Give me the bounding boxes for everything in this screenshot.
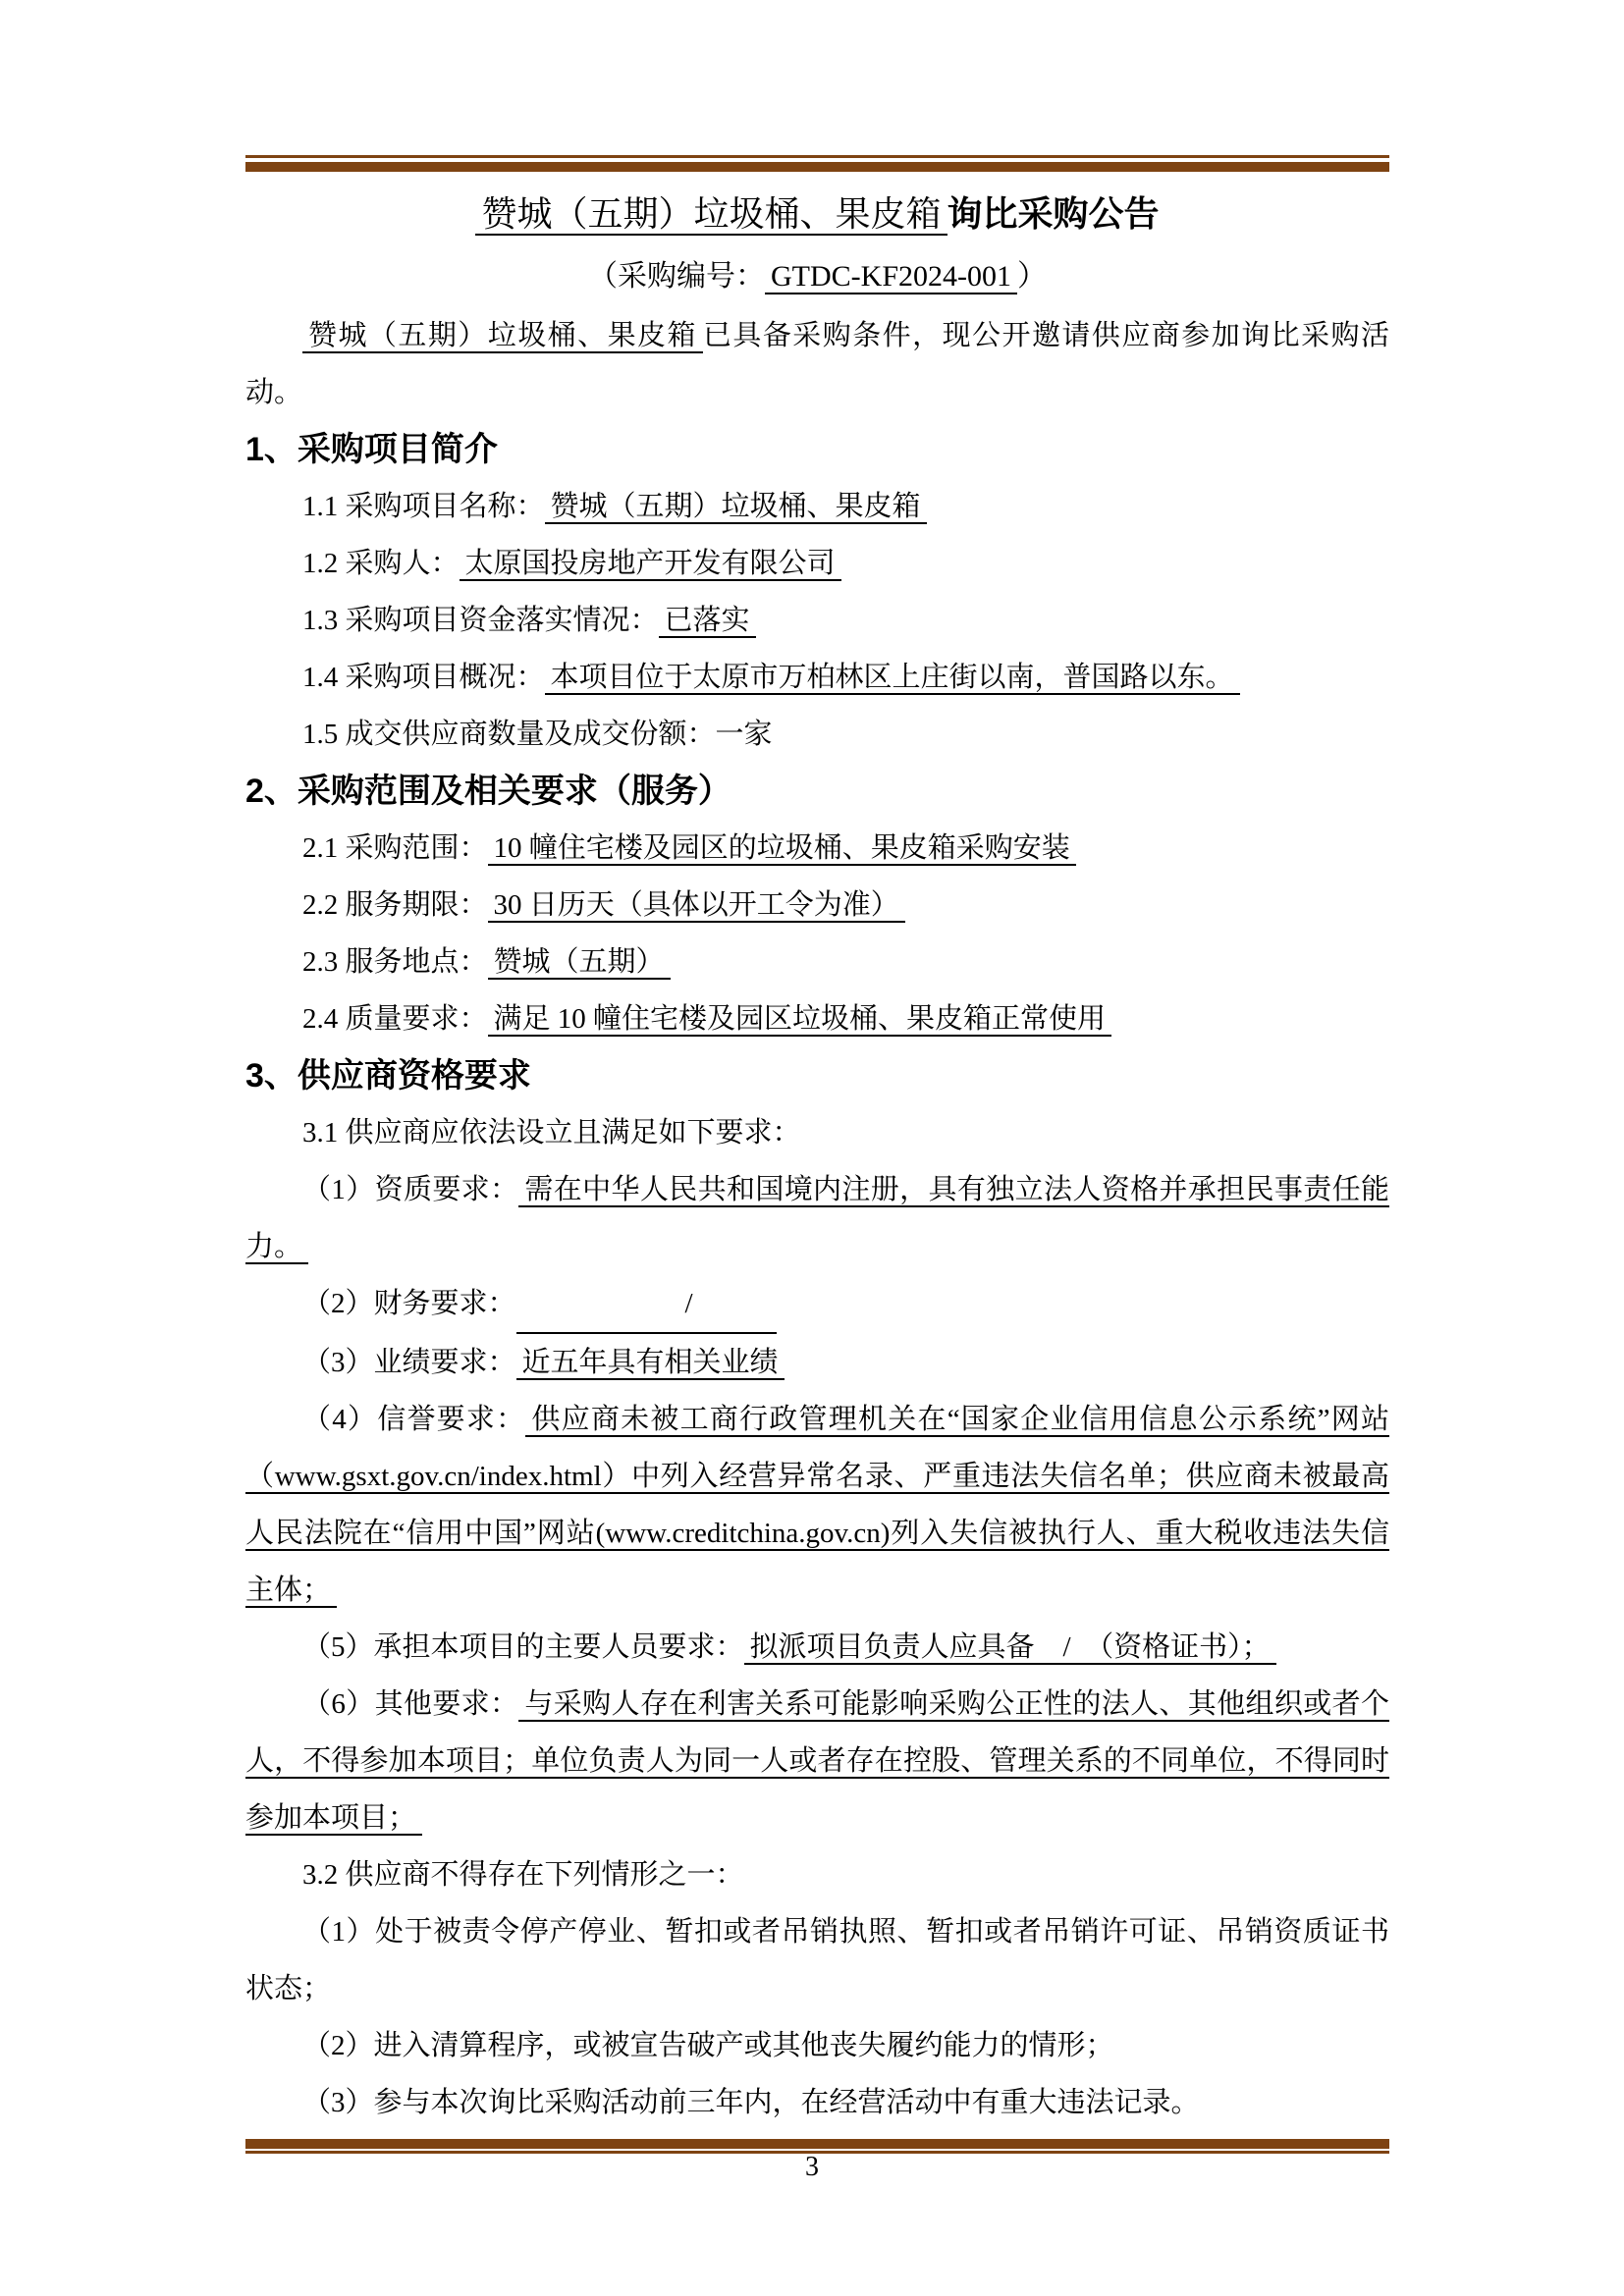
item-value-underlined: 赞城（五期）垃圾桶、果皮箱 xyxy=(545,491,927,524)
item-value-underlined: 拟派项目负责人应具备 / （资格证书）； xyxy=(744,1631,1276,1665)
item-1-4: 1.4 采购项目概况：本项目位于太原市万柏林区上庄街以南，普国路以东。 xyxy=(245,649,1389,706)
document-body: 赞城（五期）垃圾桶、果皮箱询比采购公告 （采购编号：GTDC-KF2024-00… xyxy=(245,182,1389,2131)
item-label: （5）承担本项目的主要人员要求： xyxy=(302,1631,744,1663)
page-container: 赞城（五期）垃圾桶、果皮箱询比采购公告 （采购编号：GTDC-KF2024-00… xyxy=(0,0,1624,2296)
procurement-number-code: GTDC-KF2024-001 xyxy=(765,260,1017,294)
item-3-1-4: （4）信誉要求：供应商未被工商行政管理机关在“国家企业信用信息公示系统”网站（w… xyxy=(245,1391,1389,1619)
item-label: （6）其他要求： xyxy=(302,1688,518,1720)
item-2-3: 2.3 服务地点：赞城（五期） xyxy=(245,934,1389,990)
intro-project-name: 赞城（五期）垃圾桶、果皮箱 xyxy=(302,320,703,353)
item-label: 2.3 服务地点： xyxy=(302,946,488,978)
header-rule-thin xyxy=(245,155,1389,158)
item-label: 1.4 采购项目概况： xyxy=(302,662,545,693)
section-3-heading: 3、供应商资格要求 xyxy=(245,1047,1389,1104)
title-suffix: 询比采购公告 xyxy=(947,193,1160,234)
item-value-underlined: 赞城（五期） xyxy=(488,946,671,980)
item-label: （1）资质要求： xyxy=(302,1174,518,1205)
page-number: 3 xyxy=(0,2152,1624,2183)
item-2-1: 2.1 采购范围：10 幢住宅楼及园区的垃圾桶、果皮箱采购安装 xyxy=(245,820,1389,877)
item-label: 1.1 采购项目名称： xyxy=(302,491,545,522)
item-label: 2.1 采购范围： xyxy=(302,832,488,864)
item-3-1-5: （5）承担本项目的主要人员要求：拟派项目负责人应具备 / （资格证书）； xyxy=(245,1619,1389,1676)
item-3-1-2: （2）财务要求： / xyxy=(245,1275,1389,1334)
intro-paragraph: 赞城（五期）垃圾桶、果皮箱已具备采购条件，现公开邀请供应商参加询比采购活动。 xyxy=(245,307,1389,421)
item-3-1-3: （3）业绩要求：近五年具有相关业绩 xyxy=(245,1334,1389,1391)
procurement-number-open: （采购编号： xyxy=(588,260,765,293)
item-value-underlined: 满足 10 幢住宅楼及园区垃圾桶、果皮箱正常使用 xyxy=(488,1003,1112,1037)
item-label: 1.5 成交供应商数量及成交份额：一家 xyxy=(302,719,773,750)
item-value-underlined: 本项目位于太原市万柏林区上庄街以南，普国路以东。 xyxy=(545,662,1240,695)
section-2-heading: 2、采购范围及相关要求（服务） xyxy=(245,763,1389,820)
title-project-name: 赞城（五期）垃圾桶、果皮箱 xyxy=(475,194,947,236)
item-value-underlined: 太原国投房地产开发有限公司 xyxy=(460,548,841,581)
item-label: （3）业绩要求： xyxy=(302,1347,516,1378)
section-1-heading: 1、采购项目简介 xyxy=(245,421,1389,478)
item-value-underlined: 已落实 xyxy=(659,605,756,638)
item-3-1-6: （6）其他要求：与采购人存在利害关系可能影响采购公正性的法人、其他组织或者个人，… xyxy=(245,1676,1389,1846)
item-1-3: 1.3 采购项目资金落实情况：已落实 xyxy=(245,592,1389,649)
document-title: 赞城（五期）垃圾桶、果皮箱询比采购公告 xyxy=(245,182,1389,246)
procurement-number-line: （采购编号：GTDC-KF2024-001） xyxy=(245,246,1389,307)
header-rule xyxy=(245,155,1389,172)
item-label: 1.2 采购人： xyxy=(302,548,460,579)
item-3-1: 3.1 供应商应依法设立且满足如下要求： xyxy=(245,1104,1389,1161)
item-1-5: 1.5 成交供应商数量及成交份额：一家 xyxy=(245,706,1389,763)
item-label: （3）参与本次询比采购活动前三年内，在经营活动中有重大违法记录。 xyxy=(302,2087,1200,2118)
item-label: 3.1 供应商应依法设立且满足如下要求： xyxy=(302,1117,801,1148)
item-value-underlined: 10 幢住宅楼及园区的垃圾桶、果皮箱采购安装 xyxy=(488,832,1076,866)
item-label: （4）信誉要求： xyxy=(302,1404,525,1435)
item-3-2-1: （1）处于被责令停产停业、暂扣或者吊销执照、暂扣或者吊销许可证、吊销资质证书状态… xyxy=(245,1903,1389,2017)
item-value-underlined: 近五年具有相关业绩 xyxy=(516,1347,785,1380)
item-label: 1.3 采购项目资金落实情况： xyxy=(302,605,659,636)
item-label: （2）财务要求： xyxy=(302,1288,516,1319)
item-3-2-2: （2）进入清算程序，或被宣告破产或其他丧失履约能力的情形； xyxy=(245,2017,1389,2074)
item-1-1: 1.1 采购项目名称：赞城（五期）垃圾桶、果皮箱 xyxy=(245,478,1389,535)
item-3-2-3: （3）参与本次询比采购活动前三年内，在经营活动中有重大违法记录。 xyxy=(245,2074,1389,2131)
footer-rule-thick xyxy=(245,2139,1389,2149)
item-label: 2.2 服务期限： xyxy=(302,889,488,921)
item-2-4: 2.4 质量要求：满足 10 幢住宅楼及园区垃圾桶、果皮箱正常使用 xyxy=(245,990,1389,1047)
item-label: （1）处于被责令停产停业、暂扣或者吊销执照、暂扣或者吊销许可证、吊销资质证书状态… xyxy=(245,1916,1389,2004)
financial-blank-underline: / xyxy=(516,1275,777,1334)
item-label: （2）进入清算程序，或被宣告破产或其他丧失履约能力的情形； xyxy=(302,2030,1114,2061)
item-value-underlined: 30 日历天（具体以开工令为准） xyxy=(488,889,905,923)
item-3-1-1: （1）资质要求：需在中华人民共和国境内注册，具有独立法人资格并承担民事责任能力。 xyxy=(245,1161,1389,1275)
item-label: 2.4 质量要求： xyxy=(302,1003,488,1035)
item-3-2: 3.2 供应商不得存在下列情形之一： xyxy=(245,1846,1389,1903)
item-label: 3.2 供应商不得存在下列情形之一： xyxy=(302,1859,744,1891)
item-1-2: 1.2 采购人：太原国投房地产开发有限公司 xyxy=(245,535,1389,592)
item-2-2: 2.2 服务期限：30 日历天（具体以开工令为准） xyxy=(245,877,1389,934)
header-rule-thick xyxy=(245,162,1389,172)
procurement-number-close: ） xyxy=(1017,260,1047,293)
